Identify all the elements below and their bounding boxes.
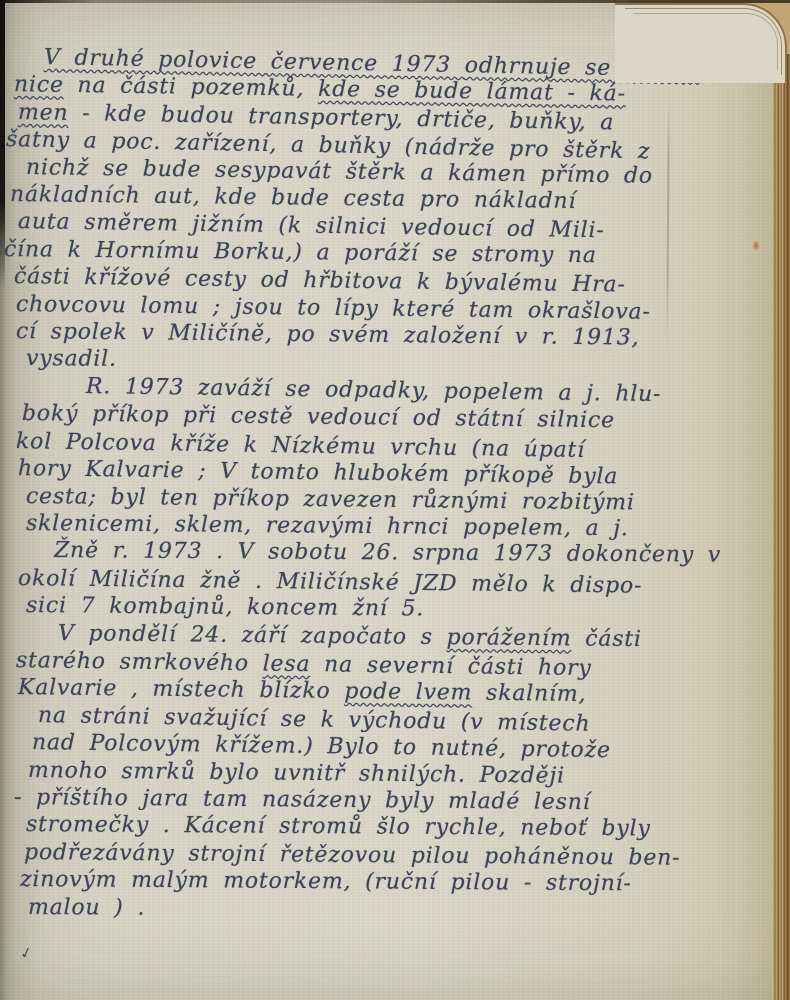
handwritten-text-block: V druhé polovice července 1973 odhrnuje … xyxy=(0,44,760,921)
text-segment: zinovým malým motorkem, (ruční pilou - s… xyxy=(20,867,632,896)
text-segment: Kalvarie , místech blízko xyxy=(18,675,345,704)
handwritten-line: sici 7 kombajnů, koncem žní 5. xyxy=(26,592,424,623)
text-segment: na části pozemků, xyxy=(64,73,319,102)
handwritten-line: vysadil. xyxy=(26,345,117,373)
text-segment: - příštího jara tam nasázeny byly mladé … xyxy=(14,785,591,815)
text-segment: sici 7 kombajnů, koncem žní 5. xyxy=(26,593,424,621)
underlined-phrase: pode lvem xyxy=(344,679,472,706)
book-page-edges xyxy=(771,0,790,1000)
underlined-phrase: kde se bude lámat - ká- xyxy=(318,77,626,107)
text-segment: části xyxy=(571,626,642,652)
paper-stain xyxy=(752,240,760,251)
text-segment: vysadil. xyxy=(26,346,117,372)
underlined-phrase: men xyxy=(18,100,69,126)
underlined-phrase: porážením xyxy=(446,625,571,651)
underlined-phrase: nice xyxy=(14,72,64,98)
text-segment: malou ) . xyxy=(28,895,145,921)
handwritten-line: Žně r. 1973 . V sobotu 26. srpna 1973 do… xyxy=(54,537,721,569)
text-segment: mnoho smrků bylo uvnitř shnilých. Pozděj… xyxy=(28,758,565,789)
text-segment: Žně r. 1973 . V sobotu 26. srpna 1973 do… xyxy=(54,538,721,568)
handwritten-line: zinovým malým motorkem, (ruční pilou - s… xyxy=(20,866,632,898)
text-segment: starého smrkového xyxy=(16,648,263,676)
page-corner-edge-line xyxy=(633,13,778,70)
underlined-phrase: lesa xyxy=(263,651,311,677)
handwritten-line: malou ) . xyxy=(28,894,145,922)
chronicle-page-photo: V druhé polovice července 1973 odhrnuje … xyxy=(0,0,790,1000)
photo-top-edge xyxy=(0,0,790,3)
text-segment: stromečky . Kácení stromů šlo rychle, ne… xyxy=(26,812,651,841)
text-segment: V pondělí 24. září započato s xyxy=(58,621,447,650)
text-segment: na severní části hory xyxy=(310,652,592,681)
text-segment: skalním, xyxy=(472,681,586,707)
handwritten-line: stromečky . Kácení stromů šlo rychle, ne… xyxy=(26,811,651,843)
binding-shadow xyxy=(0,0,5,290)
